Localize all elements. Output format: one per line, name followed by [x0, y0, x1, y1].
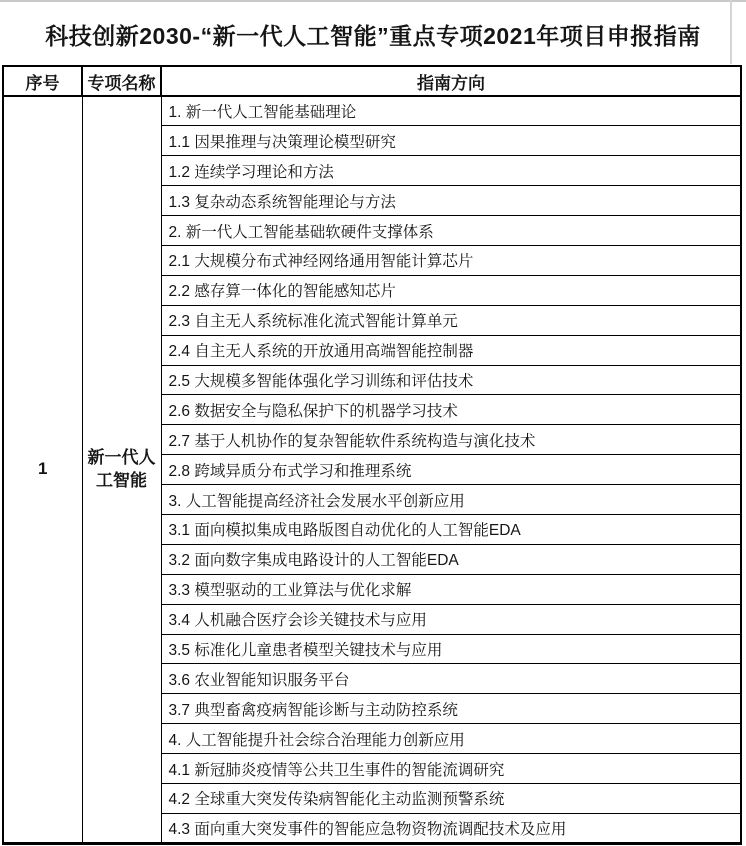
guide-direction-cell: 4. 人工智能提升社会综合治理能力创新应用 — [161, 724, 741, 754]
guide-direction-cell: 2.3 自主无人系统标准化流式智能计算单元 — [161, 305, 741, 335]
guide-direction-cell: 2.5 大规模多智能体强化学习训练和评估技术 — [161, 365, 741, 395]
column-header-serial: 序号 — [3, 66, 82, 96]
guide-direction-cell: 2.1 大规模分布式神经网络通用智能计算芯片 — [161, 245, 741, 275]
guide-direction-cell: 2.6 数据安全与隐私保护下的机器学习技术 — [161, 395, 741, 425]
guide-direction-cell: 3. 人工智能提高经济社会发展水平创新应用 — [161, 485, 741, 515]
guide-direction-cell: 2. 新一代人工智能基础软硬件支撑体系 — [161, 216, 741, 246]
guide-directions-body: 1新一代人工智能1. 新一代人工智能基础理论1.1 因果推理与决策理论模型研究1… — [3, 96, 741, 844]
page-title: 科技创新2030-“新一代人工智能”重点专项2021年项目申报指南 — [0, 4, 746, 64]
table-row: 1新一代人工智能1. 新一代人工智能基础理论 — [3, 96, 741, 126]
project-name-cell: 新一代人工智能 — [82, 96, 161, 844]
guide-direction-cell: 1.3 复杂动态系统智能理论与方法 — [161, 186, 741, 216]
guide-direction-cell: 4.2 全球重大突发传染病智能化主动监测预警系统 — [161, 783, 741, 813]
guide-direction-cell: 3.1 面向模拟集成电路版图自动优化的人工智能EDA — [161, 514, 741, 544]
guide-direction-cell: 3.7 典型畜禽疫病智能诊断与主动防控系统 — [161, 694, 741, 724]
top-gridline — [0, 0, 746, 2]
guide-direction-cell: 3.2 面向数字集成电路设计的人工智能EDA — [161, 544, 741, 574]
guide-direction-cell: 3.3 模型驱动的工业算法与优化求解 — [161, 574, 741, 604]
guide-direction-cell: 2.8 跨域异质分布式学习和推理系统 — [161, 455, 741, 485]
guide-direction-cell: 3.6 农业智能知识服务平台 — [161, 664, 741, 694]
guide-direction-cell: 4.1 新冠肺炎疫情等公共卫生事件的智能流调研究 — [161, 754, 741, 784]
guide-direction-cell: 2.7 基于人机协作的复杂智能软件系统构造与演化技术 — [161, 425, 741, 455]
guide-direction-cell: 4.3 面向重大突发事件的智能应急物资物流调配技术及应用 — [161, 813, 741, 843]
guide-direction-cell: 3.5 标准化儿童患者模型关键技术与应用 — [161, 634, 741, 664]
guide-direction-cell: 2.4 自主无人系统的开放通用高端智能控制器 — [161, 335, 741, 365]
guide-direction-cell: 2.2 感存算一体化的智能感知芯片 — [161, 275, 741, 305]
guide-direction-cell: 3.4 人机融合医疗会诊关键技术与应用 — [161, 604, 741, 634]
document-page: 科技创新2030-“新一代人工智能”重点专项2021年项目申报指南 序号 专项名… — [0, 0, 746, 846]
column-header-project-name: 专项名称 — [82, 66, 161, 96]
guide-direction-cell: 1. 新一代人工智能基础理论 — [161, 96, 741, 126]
guide-table: 序号 专项名称 指南方向 1新一代人工智能1. 新一代人工智能基础理论1.1 因… — [2, 65, 742, 845]
serial-number-cell: 1 — [3, 96, 82, 844]
column-header-guide-direction: 指南方向 — [161, 66, 741, 96]
guide-direction-cell: 1.1 因果推理与决策理论模型研究 — [161, 126, 741, 156]
guide-direction-cell: 1.2 连续学习理论和方法 — [161, 156, 741, 186]
table-header-row: 序号 专项名称 指南方向 — [3, 66, 741, 96]
